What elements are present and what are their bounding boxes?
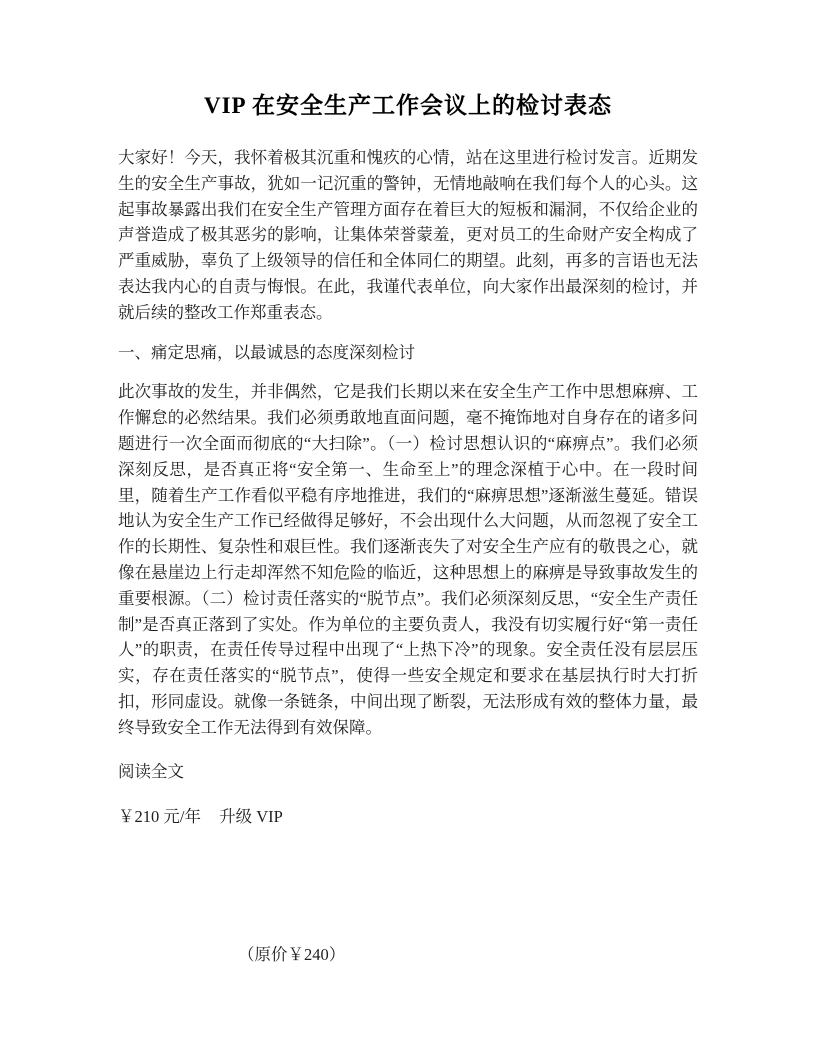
section-body-paragraph: 此次事故的发生，并非偶然，它是我们长期以来在安全生产工作中思想麻痹、工作懈怠的必… [118, 379, 698, 740]
intro-paragraph: 大家好！今天，我怀着极其沉重和愧疚的心情，站在这里进行检讨发言。近期发生的安全生… [118, 145, 698, 326]
read-full-text-link[interactable]: 阅读全文 [118, 759, 698, 785]
section-heading: 一、痛定思痛，以最诚恳的态度深刻检讨 [118, 340, 698, 366]
original-price-note: （原价￥240） [118, 942, 698, 968]
document-page: VIP 在安全生产工作会议上的检讨表态 大家好！今天，我怀着极其沉重和愧疚的心情… [0, 0, 816, 1056]
vip-price-line: ￥210 元/年 升级 VIP [118, 804, 698, 830]
vip-price: ￥210 元/年 [118, 807, 201, 826]
upgrade-vip-button[interactable]: 升级 VIP [219, 807, 283, 826]
document-title: VIP 在安全生产工作会议上的检讨表态 [118, 90, 698, 122]
